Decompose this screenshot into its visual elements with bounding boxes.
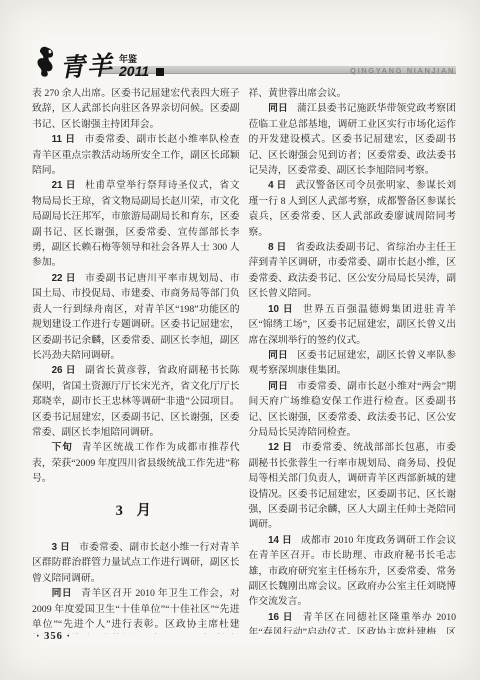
- page-number: · 356 ·: [36, 631, 71, 642]
- paragraph: 21 日杜甫草堂举行祭拜诗圣仪式，省文物局局长王琼，省文物局副局长赵川荣，市文化…: [32, 178, 240, 270]
- date-label: 16 日: [268, 612, 294, 623]
- paragraph: 同日蒲江县委书记施跃华带领党政考察团莅临工业总部基地，调研工业区实行市场化运作的…: [249, 101, 457, 178]
- header-right-text: QINGYANG NIANJIAN: [350, 66, 455, 75]
- page-footer: · 356 ·: [36, 626, 71, 644]
- date-label: 3 日: [52, 542, 70, 553]
- page-header: 青羊 年鉴 2011 QINGYANG NIANJIAN: [34, 40, 456, 78]
- date-label: 10 日: [268, 304, 294, 315]
- date-label: 同日: [268, 350, 288, 361]
- paragraph: 祥、黄世蓉出席会议。: [249, 86, 457, 101]
- right-column: 祥、黄世蓉出席会议。同日蒲江县委书记施跃华带领党政考察团莅临工业总部基地，调研工…: [249, 86, 457, 634]
- paragraph: 同日区委书记屈建宏，副区长曾义率队参观考察深圳康佳集团。: [249, 348, 457, 379]
- paragraph: 16 日青羊区在同德社区隆重举办 2010 年“春风行动”启动仪式。区政协主席杜…: [249, 610, 457, 634]
- date-label: 下旬: [52, 442, 73, 453]
- paragraph: 22 日市委副书记唐川平率市规划局、市国土局、市投促局、市建委、市商务局等部门负…: [32, 271, 240, 363]
- date-label: 4 日: [268, 180, 286, 191]
- date-label: 同日: [268, 381, 288, 392]
- paragraph: 11 日市委常委、副市长赵小维率队检查青羊区重点宗教活动场所安全工作，副区长邱颖…: [32, 132, 240, 178]
- left-column: 表 270 余人出席。区委书记屈建宏代表四大班子致辞，区人武部长向驻区各界亲切问…: [32, 86, 240, 634]
- date-label: 22 日: [52, 273, 76, 284]
- paragraph: 14 日成都市 2010 年度政务调研工作会议在青羊区召开。市长助理、市政府秘书…: [249, 533, 457, 610]
- month-heading: 3 月: [32, 504, 240, 519]
- paragraph: 10 日世界五百强温德姆集团进驻青羊区“锦绣工场”，区委书记屈建宏，副区长曾义出…: [249, 302, 457, 348]
- logo-title: 青羊: [59, 55, 114, 79]
- black-square-icon: [156, 68, 164, 76]
- paragraph: 同日市委常委、副市长赵小维对“两会”期间天府广场维稳安保工作进行检查。区委副书记…: [249, 379, 457, 441]
- paragraph: 8 日省委政法委副书记、省综治办主任王萍到青羊区调研，市委常委、副市长赵小维，区…: [249, 240, 457, 302]
- date-label: 21 日: [52, 180, 76, 191]
- date-label: 26 日: [52, 365, 76, 376]
- paragraph: 下旬青羊区统战工作作为成都市推荐代表，荣获“2009 年度四川省县级统战工作先进…: [32, 440, 240, 486]
- page-body: 表 270 余人出席。区委书记屈建宏代表四大班子致辞，区人武部长向驻区各界亲切问…: [32, 86, 456, 634]
- date-label: 12 日: [268, 442, 292, 453]
- date-label: 14 日: [268, 535, 292, 546]
- date-label: 同日: [52, 588, 73, 599]
- paragraph: 3 日市委常委、副市长赵小维一行对青羊区群防群治群管力量试点工作进行调研，副区长…: [32, 540, 240, 586]
- date-label: 同日: [268, 103, 288, 114]
- logo-stack: 年鉴 2011: [119, 55, 149, 78]
- date-label: 8 日: [268, 242, 286, 253]
- paragraph: 表 270 余人出席。区委书记屈建宏代表四大班子致辞，区人武部长向驻区各界亲切问…: [32, 86, 240, 132]
- yearbook-page: 青羊 年鉴 2011 QINGYANG NIANJIAN 表 270 余人出席。…: [0, 0, 480, 680]
- paragraph: 12 日市委常委、统战部部长包惠，市委副秘书长张蓉生一行率市规划局、商务局、投促…: [249, 440, 457, 532]
- date-label: 11 日: [52, 134, 76, 145]
- logo-year: 2011: [119, 64, 149, 78]
- paragraph: 4 日武汉警备区司令员张明家、参谋长刘瑾一行 8 人到区人武部考察，成都警备区参…: [249, 178, 457, 240]
- goat-mascot-icon: [34, 46, 56, 78]
- yearbook-logo: 青羊 年鉴 2011: [34, 46, 164, 78]
- paragraph: 26 日副省长黄彦蓉，省政府副秘书长陈保明，省国土资源厅厅长宋光齐，省文化厅厅长…: [32, 363, 240, 440]
